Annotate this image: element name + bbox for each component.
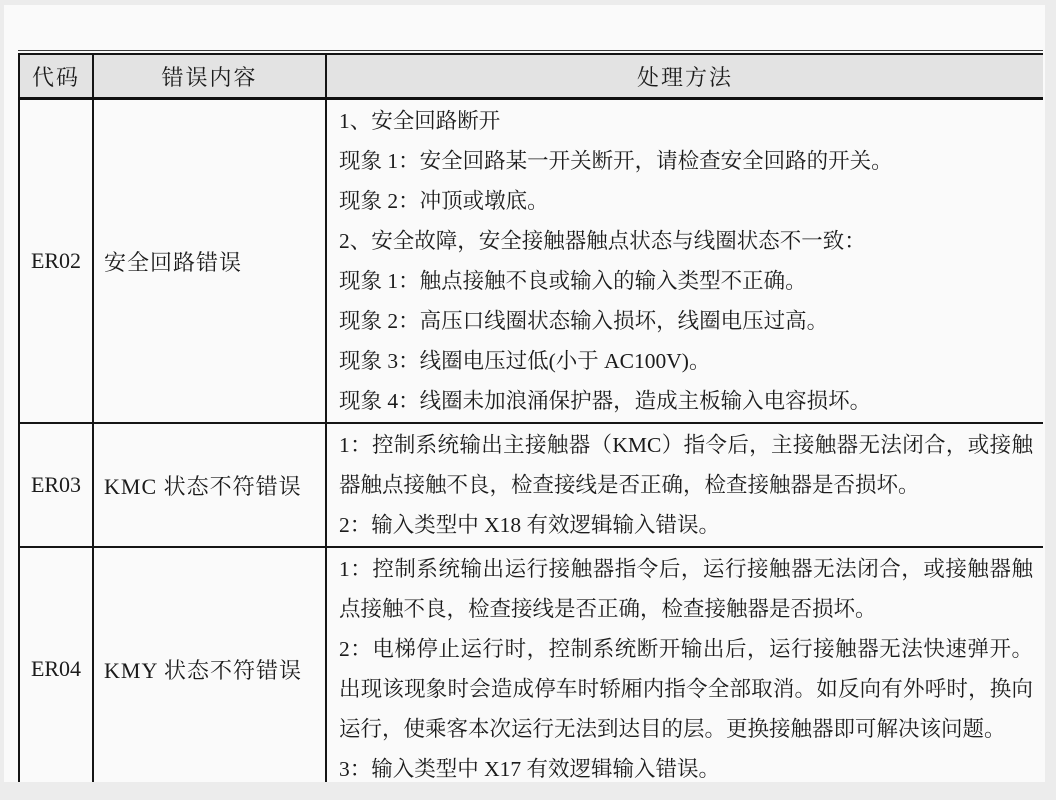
table-row-er02: ER02 安全回路错误 1、安全回路断开 现象 1：安全回路某一开关断开，请检查…	[19, 99, 1043, 424]
header-content: 错误内容	[93, 54, 326, 99]
table-row-er04: ER04 KMY 状态不符错误 1：控制系统输出运行接触器指令后，运行接触器无法…	[19, 547, 1043, 790]
method-line: 现象 1：安全回路某一开关断开，请检查安全回路的开关。	[339, 141, 1033, 181]
method-line: 2、安全故障，安全接触器触点状态与线圈状态不一致：	[339, 221, 1033, 261]
error-content: KMC 状态不符错误	[93, 423, 326, 547]
error-content: 安全回路错误	[93, 99, 326, 424]
error-table-wrap: 代码 错误内容 处理方法 ER02 安全回路错误 1、安全回路断开 现象 1：安…	[18, 50, 1043, 790]
table-row-er03: ER03 KMC 状态不符错误 1：控制系统输出主接触器（KMC）指令后，主接触…	[19, 423, 1043, 547]
method-cell: 1：控制系统输出主接触器（KMC）指令后，主接触器无法闭合，或接触器触点接触不良…	[326, 423, 1043, 547]
error-content: KMY 状态不符错误	[93, 547, 326, 790]
photo-edge-right	[1045, 0, 1056, 800]
photo-edge-bottom	[0, 782, 1056, 800]
header-row: 代码 错误内容 处理方法	[19, 54, 1043, 99]
error-code: ER02	[19, 99, 93, 424]
error-code-table: 代码 错误内容 处理方法 ER02 安全回路错误 1、安全回路断开 现象 1：安…	[18, 53, 1043, 790]
error-code: ER03	[19, 423, 93, 547]
method-line: 现象 3：线圈电压过低(小于 AC100V)。	[339, 341, 1033, 381]
method-line: 2：电梯停止运行时，控制系统断开输出后，运行接触器无法快速弹开。出现该现象时会造…	[339, 629, 1033, 749]
document-page: 代码 错误内容 处理方法 ER02 安全回路错误 1、安全回路断开 现象 1：安…	[0, 0, 1056, 800]
method-line: 现象 2：冲顶或墩底。	[339, 181, 1033, 221]
method-cell: 1：控制系统输出运行接触器指令后，运行接触器无法闭合，或接触器触点接触不良，检查…	[326, 547, 1043, 790]
method-line: 1：控制系统输出运行接触器指令后，运行接触器无法闭合，或接触器触点接触不良，检查…	[339, 549, 1033, 629]
method-line: 1：控制系统输出主接触器（KMC）指令后，主接触器无法闭合，或接触器触点接触不良…	[339, 425, 1033, 505]
error-code: ER04	[19, 547, 93, 790]
photo-edge-top	[0, 0, 1056, 5]
method-line: 1、安全回路断开	[339, 101, 1033, 141]
method-line: 现象 4：线圈未加浪涌保护器，造成主板输入电容损坏。	[339, 381, 1033, 421]
method-cell: 1、安全回路断开 现象 1：安全回路某一开关断开，请检查安全回路的开关。 现象 …	[326, 99, 1043, 424]
method-line: 现象 2：高压口线圈状态输入损坏，线圈电压过高。	[339, 301, 1033, 341]
method-line: 2：输入类型中 X18 有效逻辑输入错误。	[339, 505, 1033, 545]
header-code: 代码	[19, 54, 93, 99]
header-method: 处理方法	[326, 54, 1043, 99]
photo-edge-left	[0, 0, 4, 800]
method-line: 现象 1：触点接触不良或输入的输入类型不正确。	[339, 261, 1033, 301]
table-top-rule	[18, 50, 1043, 51]
